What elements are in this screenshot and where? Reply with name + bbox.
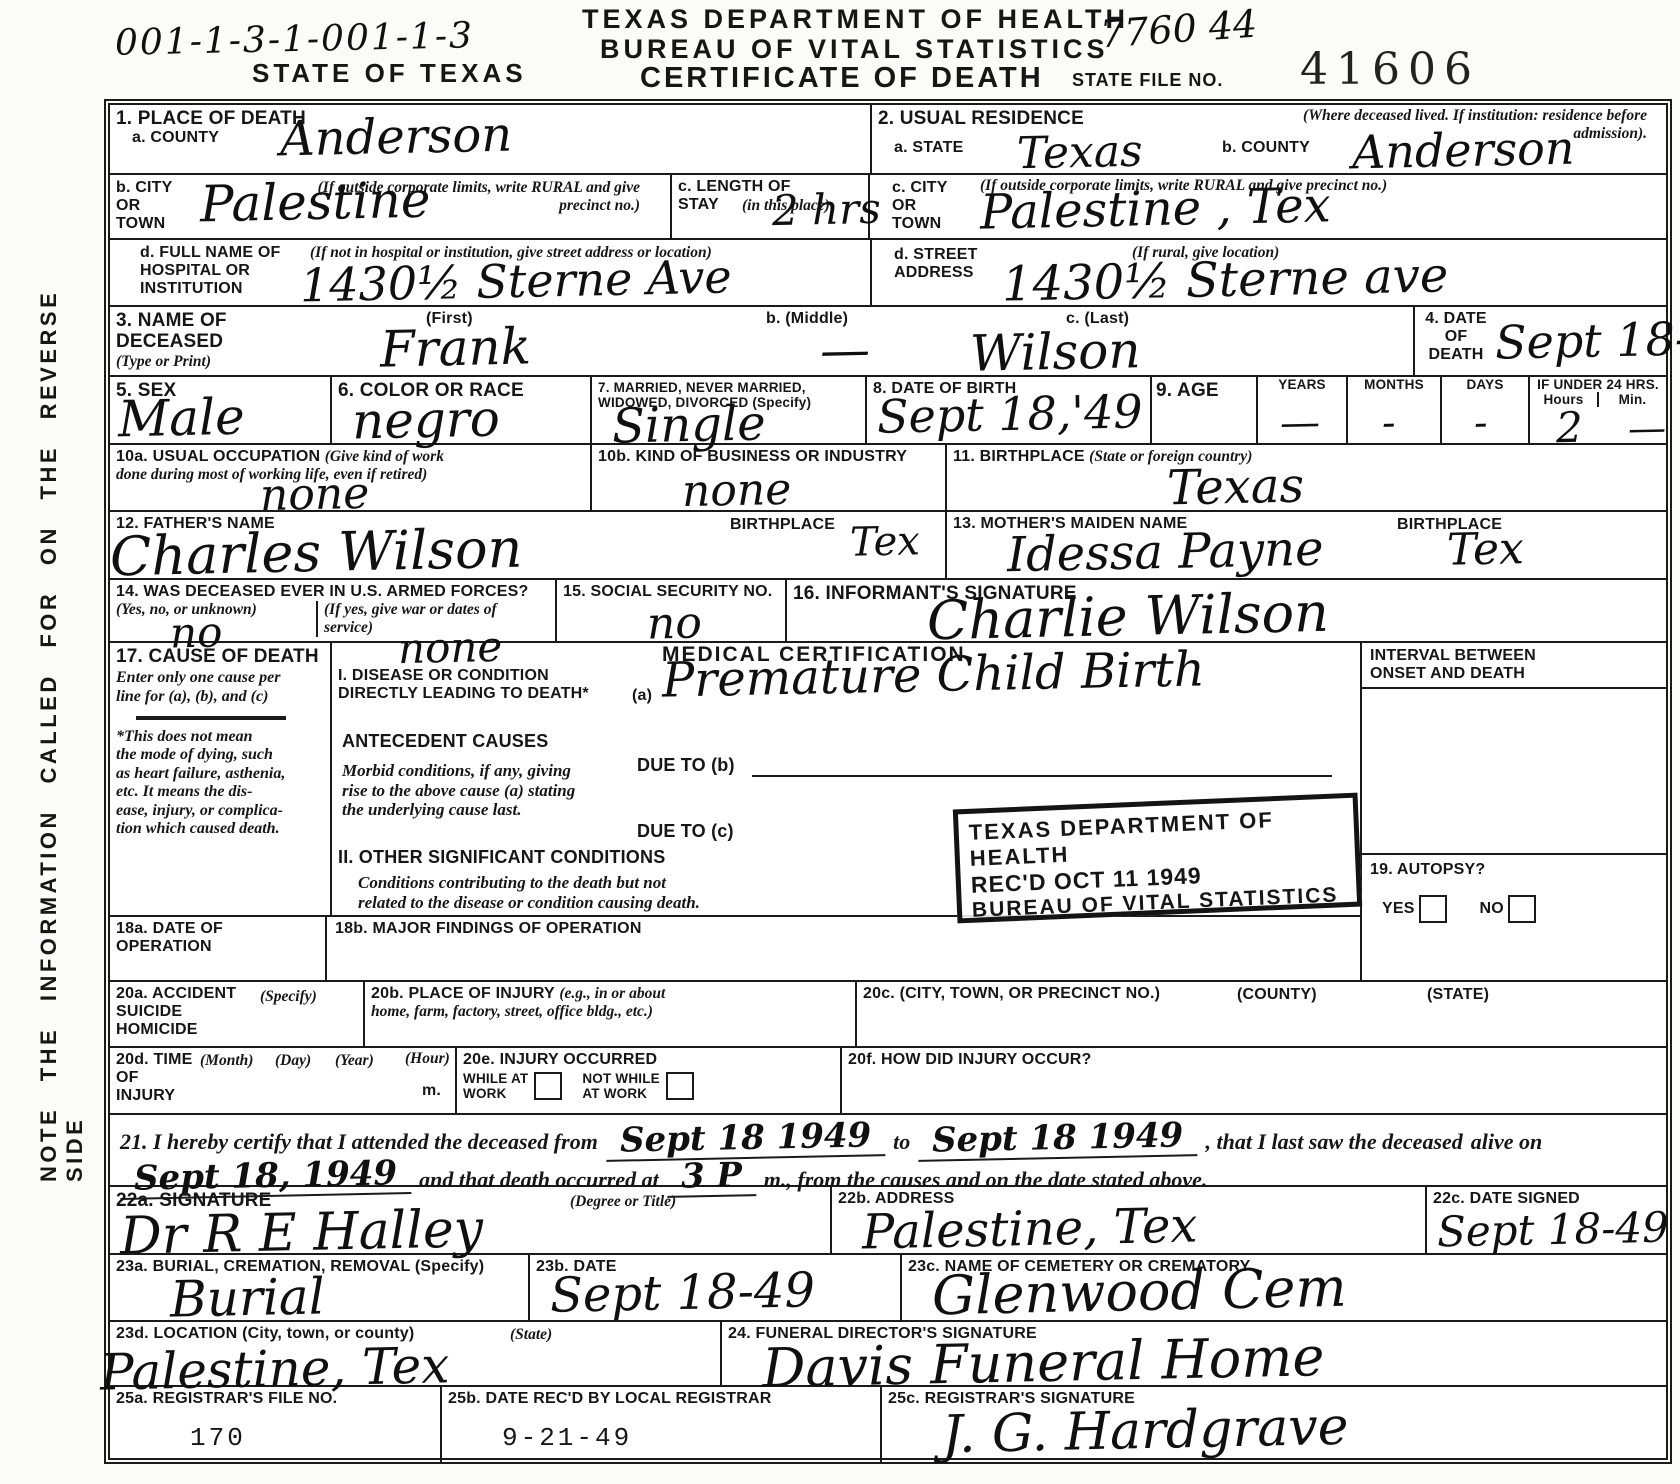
field-birthplace: 11. BIRTHPLACE (State or foreign country…: [947, 445, 1666, 510]
certify-from-value: Sept 18 1949: [605, 1118, 885, 1162]
row-6: 10a. USUAL OCCUPATION (Give kind of work…: [110, 445, 1666, 512]
field-physician-signature: 22a. SIGNATURE (Degree or Title) Dr R E …: [110, 1187, 832, 1253]
field-date-signed: 22c. DATE SIGNED Sept 18-49: [1427, 1187, 1666, 1253]
divider-rule: [136, 716, 286, 720]
due-to-b-label: DUE TO (b): [637, 755, 735, 775]
residence-state-label: a. STATE: [894, 139, 963, 157]
field-sex: 5. SEX Male: [110, 377, 332, 443]
mother-name-value: Idessa Payne: [1007, 525, 1324, 580]
interval-label: INTERVAL BETWEEN ONSET AND DEATH: [1370, 647, 1658, 683]
row-2: b. CITY OR TOWN (If outside corporate li…: [110, 175, 1666, 240]
row-23d-24: 23d. LOCATION (City, town, or county) (S…: [110, 1322, 1666, 1387]
hospital-value: 1430½ Sterne Ave: [300, 253, 732, 308]
cause-of-death-value: Premature Child Birth: [662, 645, 1206, 704]
certify-text-1: 21. I hereby certify that I attended the…: [120, 1129, 598, 1155]
row-22: 22a. SIGNATURE (Degree or Title) Dr R E …: [110, 1187, 1666, 1255]
handwritten-pen-number: 7760 44: [1099, 5, 1258, 54]
autopsy-yes-label: YES: [1382, 900, 1415, 917]
field-interval: INTERVAL BETWEEN ONSET AND DEATH: [1362, 643, 1666, 855]
social-security-value: no: [647, 601, 703, 646]
injury-state-label: (STATE): [1427, 986, 1489, 1004]
cemetery-value: Glenwood Cem: [931, 1261, 1347, 1324]
age-years-value: —: [1280, 403, 1321, 444]
field-autopsy: 19. AUTOPSY? YES NO: [1362, 855, 1666, 980]
field-first-name: (First) Frank: [420, 307, 760, 375]
while-at-work-label: WHILE AT WORK: [463, 1071, 528, 1101]
field-time-of-injury: 20d. TIME OF INJURY (Month) (Day) (Year)…: [110, 1048, 457, 1113]
age-label: 9. AGE: [1156, 380, 1252, 401]
field-place-of-injury: 20b. PLACE OF INJURY (e.g., in or about …: [365, 982, 857, 1046]
field-certification-statement: 21. I hereby certify that I attended the…: [110, 1115, 1666, 1185]
county-value: Anderson: [280, 111, 513, 164]
burial-location-state-note: (State): [510, 1326, 552, 1344]
birthplace-label: 11. BIRTHPLACE: [953, 448, 1085, 465]
residence-state-value: Texas: [1017, 130, 1144, 177]
field-hospital: d. FULL NAME OF HOSPITAL OR INSTITUTION …: [110, 240, 872, 305]
burial-value: Burial: [169, 1271, 325, 1324]
physician-signature-value: Dr R E Halley: [119, 1203, 483, 1263]
autopsy-label: 19. AUTOPSY?: [1370, 861, 1658, 879]
date-recd-label: 25b. DATE REC'D BY LOCAL REGISTRAR: [448, 1390, 874, 1408]
cause-of-death-label: 17. CAUSE OF DEATH: [116, 646, 324, 667]
age-label-cell: 9. AGE: [1152, 377, 1256, 443]
field-length-of-stay: c. LENGTH OF STAY (in this place) 2 hrs: [672, 175, 870, 238]
field-street-address: d. STREET ADDRESS (If rural, give locati…: [872, 240, 1666, 305]
row-5: 5. SEX Male 6. COLOR OR RACE negro 7. MA…: [110, 377, 1666, 445]
row-20def: 20d. TIME OF INJURY (Month) (Day) (Year)…: [110, 1048, 1666, 1115]
injury-day-note: (Day): [275, 1052, 311, 1070]
disease-condition-label: I. DISEASE OR CONDITION DIRECTLY LEADING…: [338, 667, 589, 703]
not-while-at-work-label: NOT WHILE AT WORK: [582, 1071, 660, 1101]
age-days-label: DAYS: [1442, 377, 1528, 392]
age-hours-value: 2: [1556, 407, 1584, 450]
length-of-stay-value: 2 hrs: [772, 188, 882, 232]
kind-of-business-label: 10b. KIND OF BUSINESS OR INDUSTRY: [598, 448, 939, 466]
state-file-number: 41606: [1300, 44, 1480, 95]
field-injury-location: 20c. (CITY, TOWN, OR PRECINCT NO.) (COUN…: [857, 982, 1666, 1046]
name-of-deceased-label: 3. NAME OF DECEASED: [116, 310, 414, 353]
armed-forces-war: (If yes, give war or dates of service) n…: [316, 601, 549, 637]
certify-text-3: , that I last saw the deceased: [1206, 1129, 1463, 1155]
age-years-label: YEARS: [1258, 377, 1346, 392]
hospital-label: d. FULL NAME OF HOSPITAL OR INSTITUTION: [140, 244, 280, 298]
autopsy-no-label: NO: [1480, 900, 1504, 917]
field-armed-forces: 14. WAS DECEASED EVER IN U.S. ARMED FORC…: [110, 580, 557, 641]
date-of-operation-label: 18a. DATE OF OPERATION: [116, 920, 319, 956]
medical-certification-block: 17. CAUSE OF DEATH Enter only one cause …: [110, 643, 1666, 982]
other-significant-note: Conditions contributing to the death but…: [358, 873, 700, 912]
field-funeral-director: 24. FUNERAL DIRECTOR'S SIGNATURE Davis F…: [722, 1322, 1666, 1385]
state-file-no-label: STATE FILE NO.: [1072, 70, 1223, 90]
autopsy-yes-checkbox: [1419, 895, 1447, 923]
age-months-value: -: [1382, 403, 1396, 443]
armed-forces-yesno: (Yes, no, or unknown) no: [116, 601, 316, 637]
city-value: Palestine: [200, 175, 431, 230]
residence-city-label: c. CITY OR TOWN: [892, 179, 948, 233]
usual-occupation-label: 10a. USUAL OCCUPATION: [116, 448, 320, 465]
birthplace-value: Texas: [1167, 462, 1305, 513]
field-major-findings: 18b. MAJOR FINDINGS OF OPERATION: [327, 917, 1360, 980]
field-mother-name: 13. MOTHER'S MAIDEN NAME BIRTHPLACE Ides…: [947, 512, 1666, 578]
date-of-death-value: Sept 18-49: [1495, 314, 1680, 365]
row-3: d. FULL NAME OF HOSPITAL OR INSTITUTION …: [110, 240, 1666, 307]
antecedent-causes-label: ANTECEDENT CAUSES: [342, 731, 548, 751]
physician-address-value: Palestine, Tex: [862, 1201, 1198, 1256]
field-color-or-race: 6. COLOR OR RACE negro: [332, 377, 592, 443]
type-or-print-note: (Type or Print): [116, 353, 414, 371]
date-of-birth-value: Sept 18,'49: [877, 388, 1144, 440]
morbid-conditions-note: Morbid conditions, if any, giving rise t…: [342, 761, 575, 820]
row-23abc: 23a. BURIAL, CREMATION, REMOVAL (Specify…: [110, 1255, 1666, 1322]
age-days-value: -: [1474, 403, 1488, 443]
field-cemetery: 23c. NAME OF CEMETERY OR CREMATORY Glenw…: [902, 1255, 1666, 1320]
field-usual-occupation: 10a. USUAL OCCUPATION (Give kind of work…: [110, 445, 592, 510]
date-recd-value: 9-21-49: [502, 1423, 632, 1453]
field-residence-city: c. CITY OR TOWN (If outside corporate li…: [870, 175, 1666, 238]
father-birthplace-label: BIRTHPLACE: [730, 516, 835, 534]
injury-city-label: 20c. (CITY, TOWN, OR PRECINCT NO.): [863, 985, 1160, 1002]
field-date-of-operation: 18a. DATE OF OPERATION: [110, 917, 327, 980]
row-4: 3. NAME OF DECEASED (Type or Print) (Fir…: [110, 307, 1666, 377]
age-under24-cell: IF UNDER 24 HRS. Hours Min. 2 —: [1528, 377, 1666, 443]
last-name-value: Wilson: [969, 325, 1140, 379]
marital-status-value: Single: [612, 399, 767, 450]
field-last-name: c. (Last) Wilson: [1060, 307, 1415, 375]
field-accident-suicide: 20a. ACCIDENT SUICIDE HOMICIDE (Specify): [110, 982, 365, 1046]
row-25: 25a. REGISTRAR'S FILE NO. 170 25b. DATE …: [110, 1387, 1666, 1462]
state-of-texas-label: STATE OF TEXAS: [252, 58, 527, 89]
injury-hour-note: (Hour): [405, 1050, 450, 1068]
due-to-c-label: DUE TO (c): [637, 821, 734, 841]
armed-forces-label: 14. WAS DECEASED EVER IN U.S. ARMED FORC…: [116, 583, 549, 601]
field-registrar-signature: 25c. REGISTRAR'S SIGNATURE J. G. Hardgra…: [882, 1387, 1666, 1462]
row-7: 12. FATHER'S NAME BIRTHPLACE Charles Wil…: [110, 512, 1666, 580]
field-date-recd: 25b. DATE REC'D BY LOCAL REGISTRAR 9-21-…: [442, 1387, 882, 1462]
accident-specify-note: (Specify): [260, 988, 317, 1006]
bureau-title: BUREAU OF VITAL STATISTICS: [600, 34, 1109, 65]
father-birthplace-value: Tex: [850, 521, 921, 562]
row-20abc: 20a. ACCIDENT SUICIDE HOMICIDE (Specify)…: [110, 982, 1666, 1048]
field-date-of-birth: 8. DATE OF BIRTH Sept 18,'49: [867, 377, 1152, 443]
informant-signature-value: Charlie Wilson: [926, 586, 1329, 648]
residence-county-value: Anderson: [1352, 125, 1575, 176]
field-cause-of-death-sidebar: 17. CAUSE OF DEATH Enter only one cause …: [110, 643, 332, 915]
age-under24-label: IF UNDER 24 HRS.: [1530, 377, 1666, 392]
injury-year-note: (Year): [335, 1052, 374, 1070]
field-physician-address: 22b. ADDRESS Palestine, Tex: [832, 1187, 1427, 1253]
residence-city-value: Palestine , Tex: [980, 181, 1332, 236]
field-city-of-death: b. CITY OR TOWN (If outside corporate li…: [110, 175, 672, 238]
received-stamp: TEXAS DEPARTMENT OF HEALTH REC'D OCT 11 …: [953, 793, 1362, 924]
field-injury-occurred: 20e. INJURY OCCURRED WHILE AT WORK NOT W…: [457, 1048, 842, 1113]
field-name-of-deceased: 3. NAME OF DECEASED (Type or Print): [110, 307, 420, 375]
how-injury-occurred-label: 20f. HOW DID INJURY OCCUR?: [848, 1051, 1660, 1069]
sex-value: Male: [117, 392, 245, 445]
age-min-value: —: [1628, 409, 1667, 448]
mother-birthplace-value: Tex: [1447, 527, 1525, 573]
not-while-at-work-checkbox: [666, 1072, 694, 1100]
field-date-of-death: 4. DATE OF DEATH Sept 18-49: [1415, 307, 1666, 375]
residence-county-label: b. COUNTY: [1222, 139, 1310, 157]
reverse-side-note: NOTE THE INFORMATION CALLED FOR ON THE R…: [36, 282, 88, 1182]
field-kind-of-business: 10b. KIND OF BUSINESS OR INDUSTRY none: [592, 445, 947, 510]
autopsy-no-checkbox: [1508, 895, 1536, 923]
field-social-security: 15. SOCIAL SECURITY NO. no: [557, 580, 787, 641]
certificate-title: CERTIFICATE OF DEATH: [640, 62, 1044, 95]
usual-residence-label: 2. USUAL RESIDENCE: [878, 108, 1084, 129]
burial-date-value: Sept 18-49: [550, 1266, 816, 1320]
degree-or-title-note: (Degree or Title): [570, 1193, 676, 1211]
death-certificate-scan: NOTE THE INFORMATION CALLED FOR ON THE R…: [0, 0, 1680, 1484]
field-usual-residence: 2. USUAL RESIDENCE (Where deceased lived…: [872, 105, 1666, 173]
age-months-label: MONTHS: [1348, 377, 1440, 392]
field-age-group: 9. AGE YEARS — MONTHS - DAYS -: [1152, 377, 1666, 443]
middle-name-value: —: [819, 324, 870, 375]
injury-occurred-label: 20e. INJURY OCCURRED: [463, 1051, 834, 1069]
handwritten-register-code: 001-1-3-1-001-1-3: [115, 18, 475, 62]
certify-to-value: Sept 18 1949: [918, 1118, 1198, 1162]
street-address-value: 1430½ Sterne ave: [1002, 251, 1449, 308]
certify-text-4: alive on: [1471, 1129, 1543, 1155]
row-8: 14. WAS DECEASED EVER IN U.S. ARMED FORC…: [110, 580, 1666, 643]
row-1: 1. PLACE OF DEATH a. COUNTY Anderson 2. …: [110, 105, 1666, 175]
major-findings-label: 18b. MAJOR FINDINGS OF OPERATION: [335, 920, 1352, 938]
kind-of-business-value: none: [682, 468, 792, 514]
field-burial: 23a. BURIAL, CREMATION, REMOVAL (Specify…: [110, 1255, 530, 1320]
department-title: TEXAS DEPARTMENT OF HEALTH: [582, 4, 1129, 35]
age-months-cell: MONTHS -: [1346, 377, 1440, 443]
city-label: b. CITY OR TOWN: [116, 179, 173, 233]
injury-month-note: (Month): [200, 1052, 253, 1070]
due-to-b-line: [752, 775, 1332, 777]
field-informant: 16. INFORMANT'S SIGNATURE Charlie Wilson: [787, 580, 1666, 641]
disease-a-tag: (a): [632, 687, 652, 705]
cause-of-death-note1: Enter only one cause per line for (a), (…: [116, 669, 324, 706]
registrar-file-no-label: 25a. REGISTRAR'S FILE NO.: [116, 1390, 434, 1408]
while-at-work-checkbox: [534, 1072, 562, 1100]
place-of-injury-label: 20b. PLACE OF INJURY: [371, 985, 555, 1002]
age-days-cell: DAYS -: [1440, 377, 1528, 443]
date-of-death-label: 4. DATE OF DEATH: [1421, 310, 1491, 364]
color-or-race-value: negro: [351, 393, 500, 446]
injury-county-label: (COUNTY): [1237, 986, 1317, 1004]
place-of-injury-note1: (e.g., in or about: [559, 985, 665, 1002]
certify-text-2: to: [893, 1129, 910, 1155]
field-place-of-death: 1. PLACE OF DEATH a. COUNTY Anderson: [110, 105, 872, 173]
cause-of-death-note2: *This does not mean the mode of dying, s…: [116, 728, 324, 838]
street-address-label: d. STREET ADDRESS: [894, 246, 978, 282]
field-burial-date: 23b. DATE Sept 18-49: [530, 1255, 902, 1320]
injury-m-label: m.: [422, 1082, 441, 1100]
father-name-value: Charles Wilson: [109, 522, 522, 585]
accident-suicide-label: 20a. ACCIDENT SUICIDE HOMICIDE: [116, 985, 357, 1039]
date-signed-value: Sept 18-49: [1437, 1207, 1670, 1254]
usual-occupation-note1: (Give kind of work: [325, 448, 444, 465]
place-of-injury-note2: home, farm, factory, street, office bldg…: [371, 1003, 849, 1021]
interval-underline: [1362, 687, 1666, 689]
registrar-file-no-value: 170: [190, 1423, 246, 1453]
field-marital-status: 7. MARRIED, NEVER MARRIED, WIDOWED, DIVO…: [592, 377, 867, 443]
registrar-signature-value: J. G. Hardgrave: [942, 1401, 1349, 1461]
field-how-injury-occurred: 20f. HOW DID INJURY OCCUR?: [842, 1048, 1666, 1113]
certificate-form: 1. PLACE OF DEATH a. COUNTY Anderson 2. …: [108, 103, 1668, 1460]
field-burial-location: 23d. LOCATION (City, town, or county) (S…: [110, 1322, 722, 1385]
first-name-value: Frank: [379, 321, 531, 374]
other-significant-label: II. OTHER SIGNIFICANT CONDITIONS: [338, 847, 665, 867]
field-registrar-file-no: 25a. REGISTRAR'S FILE NO. 170: [110, 1387, 442, 1462]
field-father-name: 12. FATHER'S NAME BIRTHPLACE Charles Wil…: [110, 512, 947, 578]
age-years-cell: YEARS —: [1256, 377, 1346, 443]
row-21: 21. I hereby certify that I attended the…: [110, 1115, 1666, 1187]
